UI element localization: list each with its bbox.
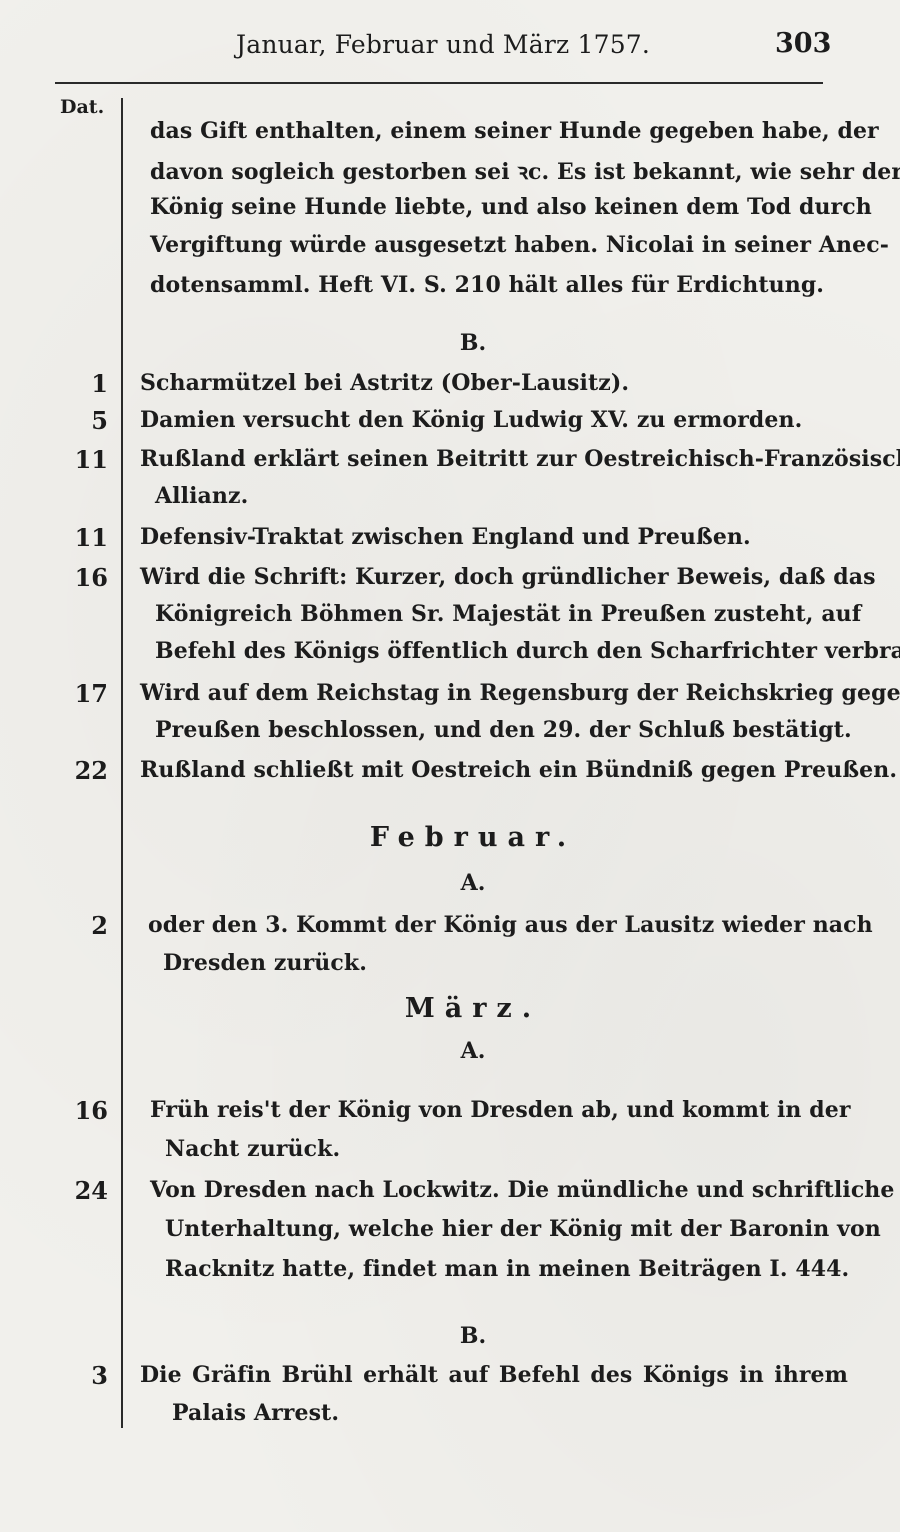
entry-line: Defensiv-Traktat zwischen England und Pr…: [140, 524, 751, 550]
continuation-line: König seine Hunde liebte, und also keine…: [150, 194, 822, 220]
entry-line: Preußen beschlossen, und den 29. der Sch…: [155, 717, 852, 743]
entry-day: 1: [48, 369, 108, 398]
section-heading-a: A.: [123, 1038, 823, 1064]
continuation-line: dotensamml. Heft VI. S. 210 hält alles f…: [150, 272, 824, 298]
entry-day: 11: [48, 445, 108, 474]
entry-line: Racknitz hatte, findet man in meinen Bei…: [165, 1256, 849, 1282]
month-heading-maerz: März.: [123, 993, 823, 1024]
section-heading-a: A.: [123, 870, 823, 896]
entry-line: Palais Arrest.: [172, 1400, 339, 1426]
entry-line: Von Dresden nach Lockwitz. Die mündliche…: [150, 1177, 845, 1203]
entry-day: 2: [48, 911, 108, 940]
header-rule: [55, 82, 823, 84]
continuation-line: davon sogleich gestorben sei ꝛc. Es ist …: [150, 156, 822, 186]
entry-line: Wird die Schrift: Kurzer, doch gründlich…: [140, 564, 830, 590]
entry-line: oder den 3. Kommt der König aus der Laus…: [148, 912, 838, 938]
entry-line: Damien versucht den König Ludwig XV. zu …: [140, 407, 802, 433]
month-heading-februar: Februar.: [123, 822, 823, 853]
entry-day: 17: [48, 679, 108, 708]
entry-line: Die Gräfin Brühl erhält auf Befehl des K…: [140, 1362, 848, 1388]
entry-day: 5: [48, 406, 108, 435]
entry-line: Allianz.: [155, 483, 248, 509]
continuation-line: Vergiftung würde ausgesetzt haben. Nicol…: [150, 232, 822, 258]
entry-line: Nacht zurück.: [165, 1136, 340, 1162]
entry-day: 16: [48, 1096, 108, 1125]
entry-line: Wird auf dem Reichstag in Regensburg der…: [140, 680, 830, 706]
entry-day: 16: [48, 563, 108, 592]
date-column-label: Dat.: [60, 96, 104, 118]
entry-line: Rußland erklärt seinen Beitritt zur Oest…: [140, 446, 830, 472]
entry-day: 24: [48, 1176, 108, 1205]
entry-line: Scharmützel bei Astritz (Ober-Lausitz).: [140, 370, 629, 396]
entry-line: Unterhaltung, welche hier der König mit …: [165, 1216, 845, 1242]
section-heading-b: B.: [123, 1323, 823, 1349]
entry-day: 11: [48, 523, 108, 552]
entry-day: 22: [48, 756, 108, 785]
entry-line: Rußland schließt mit Oestreich ein Bündn…: [140, 757, 897, 783]
entry-line: Befehl des Königs öffentlich durch den S…: [155, 638, 830, 664]
running-header-title: Januar, Februar und März 1757.: [236, 30, 650, 59]
continuation-line: das Gift enthalten, einem seiner Hunde g…: [150, 118, 822, 144]
section-heading-b: B.: [123, 330, 823, 356]
scanned-book-page: { "header": { "title": "Januar, Februar …: [0, 0, 900, 1532]
entry-line: Dresden zurück.: [163, 950, 367, 976]
entry-line: Königreich Böhmen Sr. Majestät in Preuße…: [155, 601, 830, 627]
date-column-rule: [121, 98, 123, 1428]
page-number: 303: [775, 28, 831, 59]
entry-line: Früh reis't der König von Dresden ab, un…: [150, 1097, 845, 1123]
entry-day: 3: [48, 1361, 108, 1390]
